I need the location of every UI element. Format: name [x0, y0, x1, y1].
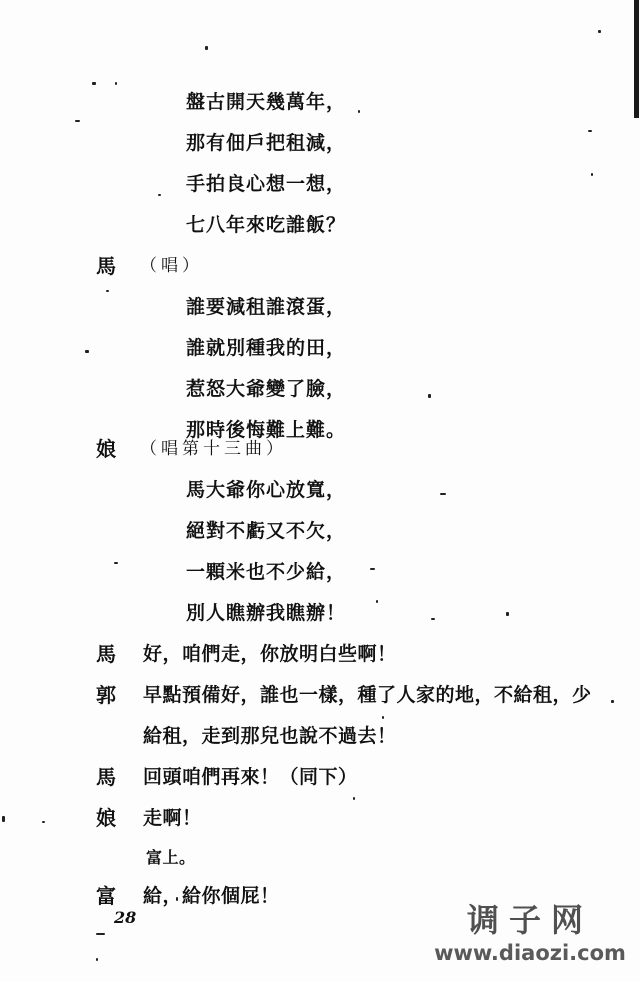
scan-speck [92, 82, 96, 85]
stage-direction: 富上。 [146, 846, 196, 870]
scan-speck [96, 958, 98, 961]
verse-line: 盤古開天幾萬年， [186, 90, 346, 114]
speaker-label: 娘 [96, 437, 116, 461]
verse-line: 手拍良心想一想， [186, 172, 346, 196]
scan-speck [106, 290, 109, 292]
scan-speck [85, 350, 89, 353]
scan-speck [440, 493, 446, 495]
scan-speck [114, 562, 118, 564]
speaker-label: 馬 [96, 642, 116, 666]
scan-speck [598, 30, 601, 33]
scan-speck [353, 797, 355, 800]
verse-line: 馬大爺你心放寬， [186, 478, 346, 502]
dialogue-line: 好，咱們走，你放明白些啊！ [143, 642, 397, 666]
scan-speck [115, 82, 117, 85]
site-watermark: 调子网 www.diaozi.com [430, 900, 630, 966]
scan-speck [431, 618, 435, 620]
speaker-label: 娘 [96, 806, 116, 830]
scan-speck [75, 120, 80, 122]
page-number: 28 [114, 908, 136, 927]
scanned-page: 盤古開天幾萬年， 那有佃戶把租減， 手拍良心想一想， 七八年來吃誰飯？ 馬 （唱… [0, 0, 640, 981]
scan-speck [382, 716, 384, 719]
verse-line: 誰就別種我的田， [186, 336, 346, 360]
verse-line: 誰要減租誰滾蛋， [186, 295, 346, 319]
speaker-label: 馬 [96, 765, 116, 789]
speaker-label: 郭 [96, 683, 116, 707]
page-edge-shadow [634, 0, 639, 118]
verse-line: 絕對不虧又不欠， [186, 519, 346, 543]
scan-speck [591, 173, 593, 176]
stage-direction: （唱） [140, 254, 203, 278]
verse-line: 惹怒大爺變了臉， [186, 377, 346, 401]
scan-speck [376, 600, 378, 603]
speaker-label: 富 [96, 884, 116, 908]
verse-line: 別人瞧辦我瞧辦！ [186, 601, 346, 625]
dialogue-line: 回頭咱們再來！（同下） [143, 765, 358, 789]
watermark-title: 调子网 [430, 900, 630, 940]
scan-speck [611, 700, 614, 703]
dialogue-line: 走啊！ [143, 806, 202, 830]
scan-speck [205, 46, 208, 50]
scan-speck [176, 897, 178, 901]
scan-speck [370, 568, 375, 570]
watermark-url: www.diaozi.com [430, 940, 630, 966]
stage-direction: （唱第十三曲） [140, 437, 287, 461]
scan-speck [158, 194, 161, 196]
ink-mark [96, 933, 105, 935]
scan-speck [506, 612, 509, 616]
verse-line: 一顆米也不少給， [186, 560, 346, 584]
scan-speck [358, 110, 360, 113]
verse-line: 七八年來吃誰飯？ [186, 213, 346, 237]
scan-speck [588, 130, 592, 132]
dialogue-continuation: 給租，走到那兒也說不過去！ [143, 724, 397, 748]
dialogue-line: 給，給你個屁！ [143, 884, 280, 908]
dialogue-line: 早點預備好，誰也一樣，種了人家的地，不給租，少 [143, 683, 592, 707]
verse-line: 那有佃戶把租減， [186, 131, 346, 155]
scan-speck [42, 821, 45, 823]
speaker-label: 馬 [96, 254, 116, 278]
scan-speck [2, 816, 5, 822]
scan-speck [428, 394, 431, 398]
